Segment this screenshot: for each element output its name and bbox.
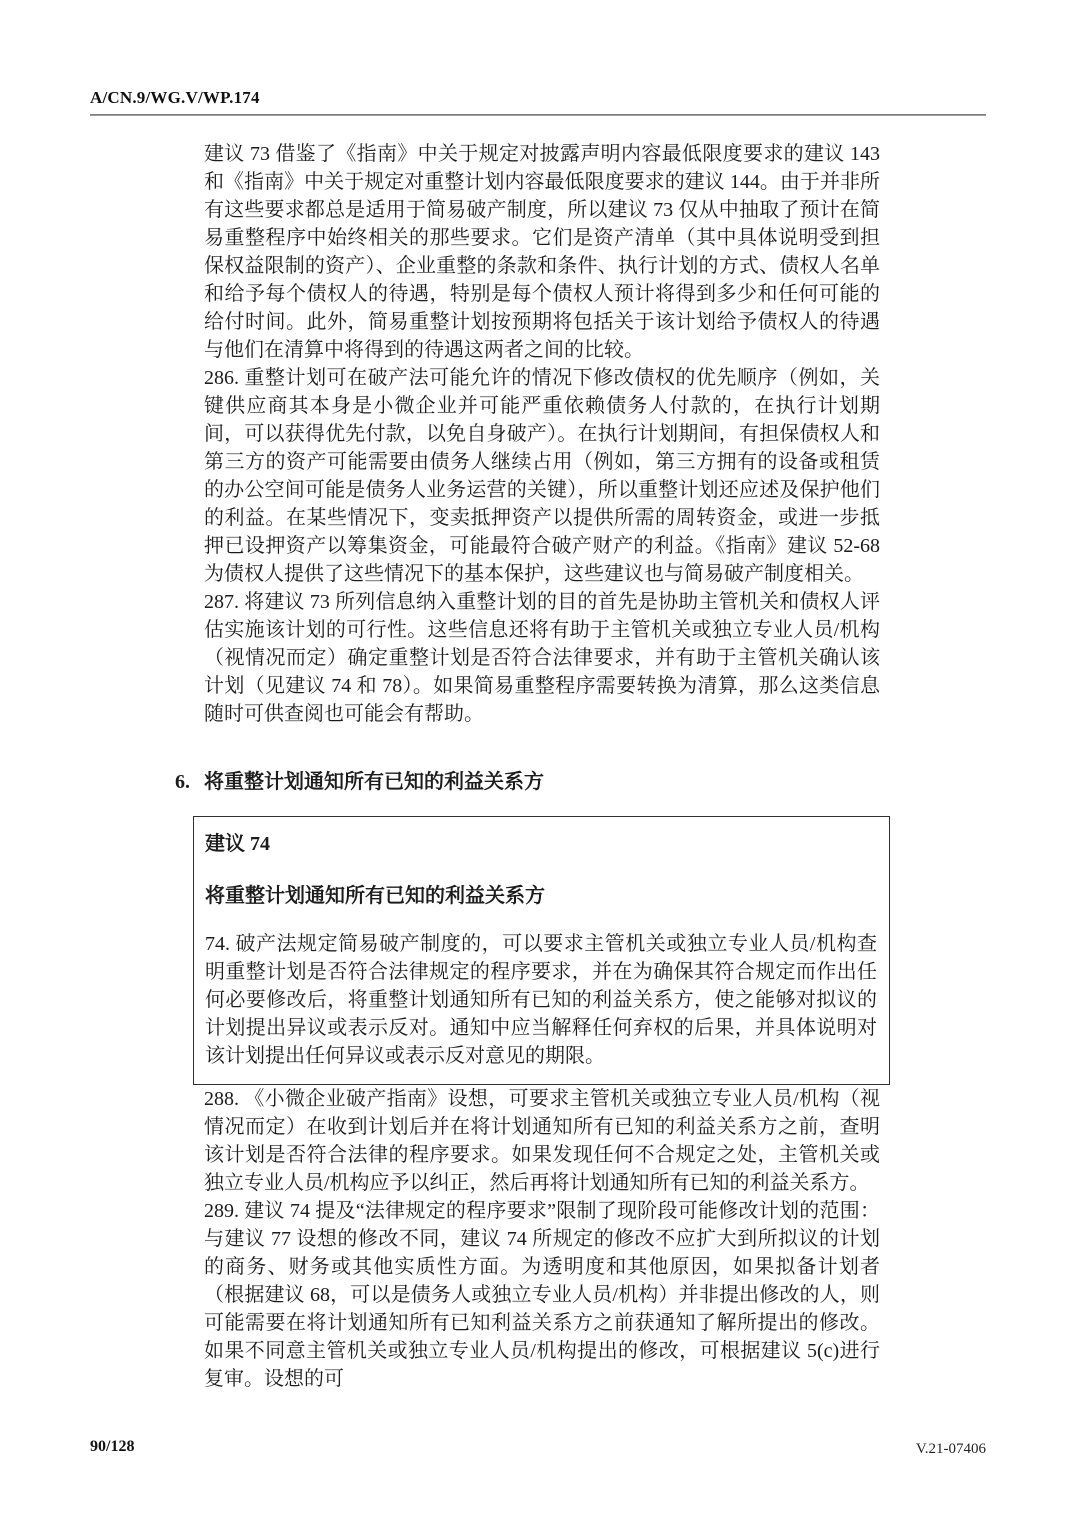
page-number: 90/128 (90, 1438, 134, 1456)
recommendation-74-label: 建议 74 (205, 830, 877, 858)
recommendation-74-box: 建议 74 将重整计划通知所有已知的利益关系方 74. 破产法规定简易破产制度的… (193, 816, 890, 1085)
paragraph-288: 288. 《小微企业破产指南》设想，可要求主管机关或独立专业人员/机构（视情况而… (204, 1085, 880, 1197)
document-reference-number: V.21-07406 (916, 1441, 986, 1458)
paragraph-289: 289. 建议 74 提及“法律规定的程序要求”限制了现阶段可能修改计划的范围：… (204, 1197, 880, 1393)
section-6-heading: 6. 将重整计划通知所有已知的利益关系方 (175, 768, 880, 796)
document-symbol: A/CN.9/WG.V/WP.174 (90, 88, 260, 108)
header-divider (90, 114, 986, 116)
recommendation-74-title: 将重整计划通知所有已知的利益关系方 (205, 882, 877, 910)
section-6-title: 将重整计划通知所有已知的利益关系方 (204, 768, 544, 796)
paragraph-continuation: 建议 73 借鉴了《指南》中关于规定对披露声明内容最低限度要求的建议 143 和… (204, 140, 880, 364)
recommendation-74-text: 74. 破产法规定简易破产制度的，可以要求主管机关或独立专业人员/机构查明重整计… (205, 930, 877, 1070)
section-6-number: 6. (175, 768, 204, 796)
document-body: 建议 73 借鉴了《指南》中关于规定对披露声明内容最低限度要求的建议 143 和… (204, 140, 880, 1393)
paragraph-286: 286. 重整计划可在破产法可能允许的情况下修改债权的优先顺序（例如，关键供应商… (204, 364, 880, 588)
paragraph-287: 287. 将建议 73 所列信息纳入重整计划的目的首先是协助主管机关和债权人评估… (204, 588, 880, 728)
document-page: A/CN.9/WG.V/WP.174 建议 73 借鉴了《指南》中关于规定对披露… (0, 0, 1080, 1526)
